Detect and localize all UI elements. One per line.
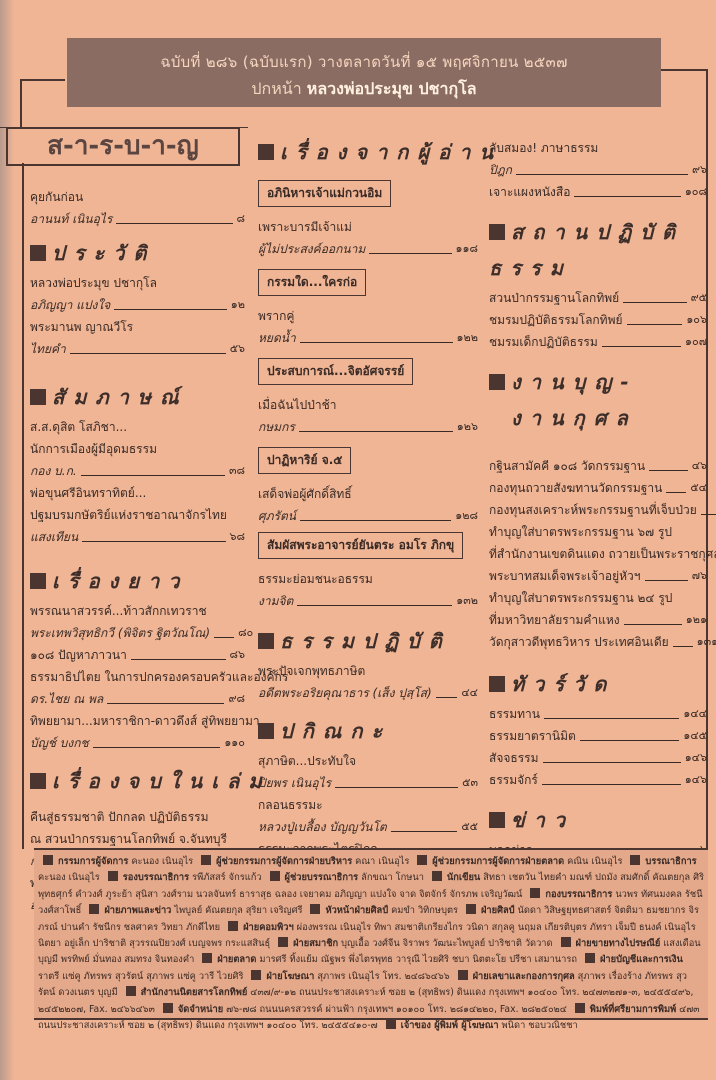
- credit-role: ฝ่ายโฆษณา: [266, 971, 314, 982]
- entry-title: นักการเมืองผู้มีอุดมธรรม: [30, 439, 245, 459]
- page-number: ๑๒๑: [686, 610, 707, 630]
- credit-role: พิมพ์ที่ศรียามการพิมพ์: [590, 1004, 676, 1015]
- issue-header-band: ฉบับที่ ๒๘๖ (ฉบับแรก) วางตลาดวันที่ ๑๕ พ…: [67, 38, 661, 107]
- entry-title: ๑๐๘ ปัญหาภาวนา: [30, 645, 127, 665]
- toc-entry[interactable]: ธรรมจักร์๑๔๖: [489, 770, 707, 790]
- toc-entry[interactable]: ไทยคำ๕๖: [30, 339, 245, 359]
- toc-entry[interactable]: ธรรมยาตรานิมิต๑๔๕: [489, 726, 707, 746]
- leader-line: [666, 492, 686, 493]
- contents-column-2: เรื่องจากผู้อ่าน อภินิหารเจ้าแม่กวนอิม เ…: [258, 136, 478, 927]
- square-bullet-icon: [228, 921, 238, 931]
- entry-title: เสด็จพ่อผู้ศักดิ์สิทธิ์: [258, 484, 478, 504]
- square-bullet-icon: [489, 812, 505, 828]
- credit-names: ราตรี แซ่คู ภัทรพร สุวรัตน์ สุภาพร แซ่คู…: [38, 971, 246, 982]
- entry-author: ผู้ไม่ประสงค์ออกนาม: [258, 239, 365, 259]
- leader-line: [81, 475, 225, 476]
- entry-title: ทำบุญใส่บาตรพระกรรมฐาน ๖๗ รูป: [489, 522, 707, 542]
- entry-author: อานนท์ เนินอุไร: [30, 209, 112, 229]
- entry-title: พรากคู่: [258, 306, 478, 326]
- credit-names: มารศรี ทิ้งแย้ม ณัฐพร พึ่งไตรพุทธ วารุณี…: [256, 954, 580, 965]
- square-bullet-icon: [530, 888, 540, 898]
- credit-role: ฝ่ายสมาชิก: [293, 938, 338, 949]
- toc-entry[interactable]: ๑๐๘ ปัญหาภาวนา๘๖: [30, 645, 245, 665]
- leader-line: [516, 174, 688, 175]
- frame-line: [22, 163, 24, 849]
- toc-entry[interactable]: กฐินสามัคคี ๑๐๘ วัดกรรมฐาน๔๖: [489, 456, 707, 476]
- leader-line: [627, 324, 683, 325]
- square-bullet-icon: [258, 144, 274, 160]
- entry-title: พระปัจเจกพุทธภาษิต: [258, 661, 478, 681]
- credit-role: ฝ่ายภาพและข่าว: [104, 905, 171, 916]
- subsection-box: อภินิหารเจ้าแม่กวนอิม: [258, 180, 391, 207]
- credit-role: ผู้ช่วยกรรมการผู้จัดการฝ่ายบริหาร: [216, 856, 352, 867]
- entry-title: ชมรมปฏิบัติธรรมโลกทิพย์: [489, 310, 623, 330]
- leader-line: [93, 747, 221, 748]
- credit-entry: กรรมการผู้จัดการ คะนอง เนินอุไร: [38, 856, 196, 867]
- square-bullet-icon: [630, 855, 640, 865]
- page-number: ๔๔: [461, 683, 478, 703]
- entry-author: ไทยคำ: [30, 339, 66, 359]
- entry-author: กอง บ.ก.: [30, 461, 77, 481]
- toc-entry[interactable]: กอง บ.ก.๓๘: [30, 461, 245, 481]
- section-heading-merit: งานบุญ-: [489, 366, 707, 398]
- toc-entry[interactable]: หยดน้ำ๑๒๒: [258, 328, 478, 348]
- entry-author: ศุภรัตน์: [258, 506, 296, 526]
- credit-role: ฝ่ายศิลป์: [481, 905, 515, 916]
- leader-line: [391, 831, 458, 832]
- square-bullet-icon: [417, 855, 427, 865]
- square-bullet-icon: [30, 573, 46, 589]
- credit-entry: ผู้ช่วยกรรมการผู้จัดการฝ่ายตลาด คณิน เนิ…: [412, 856, 625, 867]
- credit-names: บุญเอื้อ วงศ์จีน จิราพร วัฒนะไพบูลย์ ปาร…: [338, 938, 555, 949]
- contents-title: ส-า-ร-บ-า-ญ: [6, 127, 240, 166]
- page-number: ๕๖: [230, 339, 245, 359]
- leader-line: [335, 787, 458, 788]
- credit-names: รพีภัสสร์ จักรแก้ว: [189, 872, 264, 883]
- section-heading-misc: ปกิณกะ: [258, 715, 478, 747]
- leader-line: [624, 624, 682, 625]
- entry-title: ชมรมเด็กปฏิบัติธรรม: [489, 332, 598, 352]
- page-number: ๑๐๖: [686, 310, 707, 330]
- square-bullet-icon: [561, 937, 571, 947]
- toc-entry[interactable]: กองทุนถวายสังฆทานวัดกรรมฐาน๕๔: [489, 478, 707, 498]
- cover-line: ปกหน้า หลวงพ่อประมุข ปชากุโล: [67, 77, 661, 102]
- entry-title: วัดกุสาวดีพุทธวิหาร ประเทศอินเดีย: [489, 632, 669, 652]
- page-number: ๕๓: [462, 773, 478, 793]
- entry-title: ส.ส.ดุสิต โสภิชา...: [30, 417, 245, 437]
- entry-title: ที่มหาวิทยาลัยรามคำแหง: [489, 610, 620, 630]
- credit-names: คะนอง เนินอุไร: [128, 856, 196, 867]
- leader-line: [673, 646, 693, 647]
- entry-author: ดร.ไชย ณ พล: [30, 689, 103, 709]
- toc-entry[interactable]: ผู้ไม่ประสงค์ออกนาม๑๑๘: [258, 239, 478, 259]
- entry-title: กฐินสามัคคี ๑๐๘ วัดกรรมฐาน: [489, 456, 645, 476]
- leader-line: [297, 605, 452, 606]
- square-bullet-icon: [466, 904, 476, 914]
- toc-entry[interactable]: กษมกร๑๒๖: [258, 417, 478, 437]
- entry-title: เพราะบารมีเจ้าแม่: [258, 217, 478, 237]
- section-heading-practice: ธรรมปฏิบัติ: [258, 625, 478, 657]
- entry-title: เมื่อฉันไปป่าช้า: [258, 395, 478, 415]
- leader-line: [82, 541, 225, 542]
- toc-entry[interactable]: สวนป่ากรรมฐานโลกทิพย์๙๕: [489, 288, 707, 308]
- section-heading-merit-cont: งานกุศล: [489, 402, 707, 434]
- entry-author: งามจิต: [258, 591, 293, 611]
- entry-author: หลวงปู่เบลื้อง บัญญวันโต: [258, 817, 387, 837]
- page-number: ๘๖: [230, 645, 245, 665]
- square-bullet-icon: [108, 871, 118, 881]
- square-bullet-icon: [202, 953, 212, 963]
- cover-name: หลวงพ่อประมุข ปชากุโล: [307, 79, 477, 98]
- entry-title: คืนสู่ธรรมชาติ ปักกลด ปฏิบัติธรรม: [30, 807, 245, 827]
- subsection-box: ปาฏิหาริย์ จ.๕: [258, 447, 351, 474]
- entry-title: ธรรมจักร์: [489, 770, 538, 790]
- credit-names: สุภาพร เนินอุไร โทร. ๒๔๘๖๔๖๖: [314, 971, 452, 982]
- entry-author: กษมกร: [258, 417, 295, 437]
- credit-role: ฝ่ายคอมพิวฯ: [243, 922, 294, 933]
- toc-entry[interactable]: ที่มหาวิทยาลัยรามคำแหง๑๒๑: [489, 610, 707, 630]
- square-bullet-icon: [575, 1003, 585, 1013]
- credit-entry: จัดจำหน่าย ๗๖-๗๘ ถนนนครสวรรค์ ผ่านฟ้า กร…: [158, 1004, 570, 1015]
- entry-title: ธรรมาธิปไตย ในการปกครองครอบครัวและองค์กร: [30, 667, 245, 687]
- toc-entry[interactable]: บัญช์ บงกช๑๑๐: [30, 733, 245, 753]
- entry-title: กองทุนสงเคราะห์พระกรรมฐานที่เจ็บป่วย: [489, 500, 697, 520]
- leader-line: [214, 637, 234, 638]
- credit-entry: ผู้ช่วยบรรณาธิการ ลักขณา โกษนา: [265, 872, 427, 883]
- entry-author: ปิฎก: [489, 160, 512, 180]
- credit-names: คณา เนินอุไร: [352, 856, 412, 867]
- toc-entry[interactable]: ดร.ไชย ณ พล๙๘: [30, 689, 245, 709]
- section-heading-practice-places-cont: ธรรม: [489, 252, 707, 284]
- toc-entry[interactable]: อภิญญา แปงใจ๑๒: [30, 295, 245, 315]
- credit-entry: รองบรรณาธิการ รพีภัสสร์ จักรแก้ว: [103, 872, 265, 883]
- credit-entry: ผู้ช่วยกรรมการผู้จัดการฝ่ายบริหาร คณา เน…: [196, 856, 412, 867]
- subsection-box: ประสบการณ์...จิตอัศจรรย์: [258, 358, 413, 385]
- toc-entry[interactable]: ชมรมเด็กปฏิบัติธรรม๑๐๗: [489, 332, 707, 352]
- square-bullet-icon: [258, 723, 274, 739]
- leader-line: [574, 196, 680, 197]
- square-bullet-icon: [458, 970, 468, 980]
- credit-role: สำนักงานนิตยสารโลกทิพย์: [141, 987, 248, 998]
- square-bullet-icon: [585, 953, 595, 963]
- page-number: ๑๓๒: [456, 591, 478, 611]
- toc-entry[interactable]: หลวงปู่เบลื้อง บัญญวันโต๕๕: [258, 817, 478, 837]
- leader-line: [542, 784, 681, 785]
- toc-entry[interactable]: ธรรมทาน๑๔๔: [489, 704, 707, 724]
- entry-title: สัจจธรรม: [489, 748, 539, 768]
- page-number: ๖๘: [230, 527, 245, 547]
- section-heading-interview: สัมภาษณ์: [30, 381, 245, 413]
- square-bullet-icon: [489, 224, 505, 240]
- section-heading-practice-places: สถานปฏิบัติ: [489, 216, 707, 248]
- entry-author: อภิญญา แปงใจ: [30, 295, 110, 315]
- entry-title: สวนป่ากรรมฐานโลกทิพย์: [489, 288, 619, 308]
- leader-line: [544, 718, 679, 719]
- entry-title: หลวงพ่อประมุข ปชากุโล: [30, 273, 245, 293]
- subsection-box: สัมผัสพระอาจารย์ยันตระ อมโร ภิกขุ: [258, 532, 463, 559]
- entry-title: ปฐมบรมกษัตริย์แห่งราชอาณาจักรไทย: [30, 505, 245, 525]
- entry-title: พ่อขุนศรีอินทราทิตย์...: [30, 483, 245, 503]
- toc-entry[interactable]: วัดกุสาวดีพุทธวิหาร ประเทศอินเดีย๑๓๑: [489, 632, 707, 652]
- page-number: ๕๕: [461, 817, 478, 837]
- credit-role: ฝ่ายขายทางไปรษณีย์: [576, 938, 661, 949]
- page-number: ๑๑๐: [224, 733, 245, 753]
- credit-names: ๗๖-๗๘ ถนนนครสวรรค์ ผ่านฟ้า กรุงเทพฯ ๑๐๑๐…: [223, 1004, 570, 1015]
- entry-title: ทำบุญใส่บาตรพระกรรมฐาน ๒๔ รูป: [489, 588, 707, 608]
- square-bullet-icon: [30, 773, 46, 789]
- credit-role: ฝ่ายเลขาและกองการกุศล: [473, 971, 575, 982]
- toc-entry[interactable]: ปิยพร เนินอุไร๕๓: [258, 773, 478, 793]
- page-number: ๘๐: [238, 623, 253, 643]
- page-number: ๓๘: [229, 461, 245, 481]
- contents-column-3: ลับสมอง! ภาษาธรรม ปิฎก๙๖ เจาะแผงหนังสือ๑…: [489, 136, 707, 932]
- square-bullet-icon: [258, 633, 274, 649]
- entry-author: บัญช์ บงกช: [30, 733, 89, 753]
- section-heading-readers: เรื่องจากผู้อ่าน: [258, 136, 478, 168]
- credit-entry: เจ้าของ ผู้พิมพ์ ผู้โฆษณา พนิดา ชอบวณิชช…: [381, 1020, 578, 1031]
- page-number: ๑๒: [231, 295, 245, 315]
- leader-line: [369, 253, 451, 254]
- page-number: ๑๓๑: [697, 632, 716, 652]
- entry-title: ธรรมทาน: [489, 704, 540, 724]
- square-bullet-icon: [30, 245, 46, 261]
- square-bullet-icon: [251, 970, 261, 980]
- leader-line: [70, 353, 226, 354]
- page-number: ๙๖: [692, 160, 707, 180]
- leader-line: [543, 762, 681, 763]
- entry-author: พระเทพวิสุทธิกวี (พิจิตร ฐิตวัณโณ): [30, 623, 210, 643]
- credit-role: ฝ่ายตลาด: [217, 954, 256, 965]
- page-number: ๙๕: [691, 288, 707, 308]
- entry-title: กลอนธรรมะ: [258, 795, 478, 815]
- entry-title: พระบาทสมเด็จพระเจ้าอยู่หัวฯ: [489, 566, 641, 586]
- toc-entry[interactable]: สัจจธรรม๑๔๖: [489, 748, 707, 768]
- square-bullet-icon: [30, 389, 46, 405]
- page-number: ๑๔๖: [685, 748, 707, 768]
- page-number: ๑๒๒: [457, 328, 478, 348]
- credit-role: ฝ่ายบัญชีและการเงิน: [600, 954, 683, 965]
- credit-names: ไพบูลย์ คัณตยกุล สุริยา เจริญศรี: [171, 905, 305, 916]
- toc-entry[interactable]: แสงเทียน๖๘: [30, 527, 245, 547]
- credit-entry: ฝ่ายสมาชิก บุญเอื้อ วงศ์จีน จิราพร วัฒนะ…: [273, 938, 555, 949]
- entry-title: ณ สวนป่ากรรมฐานโลกทิพย์ จ.จันทบุรี: [30, 829, 245, 849]
- entry-title: สุภาษิต...ประทับใจ: [258, 751, 478, 771]
- square-bullet-icon: [270, 871, 280, 881]
- square-bullet-icon: [310, 904, 320, 914]
- toc-entry[interactable]: ปิฎก๙๖: [489, 160, 707, 180]
- square-bullet-icon: [489, 676, 505, 692]
- square-bullet-icon: [43, 855, 53, 865]
- square-bullet-icon: [386, 1019, 396, 1029]
- page-number: ๕๔: [690, 478, 707, 498]
- credit-names: คะนอง เนินอุไร: [38, 872, 103, 883]
- page-number: ๑๔๖: [685, 770, 707, 790]
- toc-entry[interactable]: เจาะแผงหนังสือ๑๐๘: [489, 182, 707, 202]
- toc-entry[interactable]: งามจิต๑๓๒: [258, 591, 478, 611]
- credit-role: ผู้ช่วยกรรมการผู้จัดการฝ่ายตลาด: [432, 856, 564, 867]
- entry-title: กองทุนถวายสังฆทานวัดกรรมฐาน: [489, 478, 662, 498]
- entry-author: ปิยพร เนินอุไร: [258, 773, 331, 793]
- credit-names: ลักขณา โกษนา: [358, 872, 427, 883]
- credit-names: พนิดา ชอบวณิชชา: [499, 1020, 578, 1031]
- leader-line: [436, 697, 458, 698]
- issue-line: ฉบับที่ ๒๘๖ (ฉบับแรก) วางตลาดวันที่ ๑๕ พ…: [67, 50, 661, 74]
- section-heading-long-stories: เรื่องยาว: [30, 565, 245, 597]
- leader-line: [649, 470, 688, 471]
- frame-line: [20, 79, 65, 81]
- credit-role: กรรมการผู้จัดการ: [58, 856, 128, 867]
- staff-credits: กรรมการผู้จัดการ คะนอง เนินอุไร ผู้ช่วยก…: [34, 848, 708, 1020]
- credit-role: กองบรรณาธิการ: [545, 889, 612, 900]
- credit-entry: หัวหน้าฝ่ายศิลป์ คมขำ วิทิกษบุตร: [305, 905, 461, 916]
- entry-author: แสงเทียน: [30, 527, 78, 547]
- entry-title: ธรรมะย่อมชนะอธรรม: [258, 569, 478, 589]
- section-heading-biography: ประวัติ: [30, 237, 245, 269]
- leader-line: [300, 342, 453, 343]
- entry-author: หยดน้ำ: [258, 328, 296, 348]
- subsection-box: กรรมใด...ใครก่อ: [258, 269, 366, 296]
- leader-line: [107, 703, 224, 704]
- entry-title: พระมานพ ญาณวีโร: [30, 317, 245, 337]
- credit-role: หัวหน้าฝ่ายศิลป์: [325, 905, 388, 916]
- credit-names: คณิน เนินอุไร: [564, 856, 625, 867]
- entry-title: ทิพยยามา...มหาราชิกา-ดาวดึงส์ สู่ทิพยยาม…: [30, 711, 245, 731]
- credit-role: นักเขียน: [447, 872, 480, 883]
- square-bullet-icon: [89, 904, 99, 914]
- credit-names: คมขำ วิทิกษบุตร: [388, 905, 461, 916]
- entry-title: คุยกันก่อน: [30, 187, 245, 207]
- frame-line: [661, 69, 707, 71]
- page-number: ๑๑๘: [456, 239, 478, 259]
- page-number: ๑๐๘: [685, 182, 707, 202]
- section-heading-complete-stories: เรื่องจบในเล่ม: [30, 765, 245, 797]
- toc-entry[interactable]: อดีตพระอริยคุณาธาร (เส็ง ปุสฺโส)๔๔: [258, 683, 478, 703]
- credit-role: ผู้ช่วยบรรณาธิการ: [285, 872, 359, 883]
- leader-line: [114, 309, 227, 310]
- leader-line: [701, 514, 716, 515]
- leader-line: [645, 580, 688, 581]
- page-number: ๑๔๔: [683, 704, 707, 724]
- toc-entry[interactable]: ศุภรัตน์๑๒๘: [258, 506, 478, 526]
- leader-line: [300, 520, 451, 521]
- credit-entry: ฝ่ายโฆษณา สุภาพร เนินอุไร โทร. ๒๔๘๖๔๖๖: [246, 971, 452, 982]
- page-number: ๙๘: [228, 689, 245, 709]
- entry-title: พรรณนาสวรรค์...ท้าวสักกเทวราช: [30, 601, 245, 621]
- page-number: ๔๖: [692, 456, 707, 476]
- credit-role: รองบรรณาธิการ: [123, 872, 189, 883]
- entry-title: ที่สำนักงานเขตดินแดง ถวายเป็นพระราชกุศลแ…: [489, 544, 707, 564]
- entry-title: เจาะแผงหนังสือ: [489, 182, 570, 202]
- section-heading-news: ข่าว: [489, 804, 707, 836]
- leader-line: [116, 223, 232, 224]
- leader-line: [623, 302, 686, 303]
- toc-entry[interactable]: กองทุนสงเคราะห์พระกรรมฐานที่เจ็บป่วย๖๖: [489, 500, 707, 520]
- square-bullet-icon: [163, 1003, 173, 1013]
- toc-entry[interactable]: อานนท์ เนินอุไร๘: [30, 209, 245, 229]
- cover-prefix: ปกหน้า: [251, 79, 301, 98]
- toc-entry[interactable]: พระเทพวิสุทธิกวี (พิจิตร ฐิตวัณโณ)๘๐: [30, 623, 245, 643]
- credit-role: จัดจำหน่าย: [178, 1004, 223, 1015]
- page-number: ๑๒๘: [455, 506, 478, 526]
- toc-entry[interactable]: ชมรมปฏิบัติธรรมโลกทิพย์๑๐๖: [489, 310, 707, 330]
- frame-line: [20, 79, 22, 129]
- entry-title: ลับสมอง! ภาษาธรรม: [489, 138, 707, 158]
- credit-entry: ฝ่ายตลาด มารศรี ทิ้งแย้ม ณัฐพร พึ่งไตรพุ…: [197, 954, 580, 965]
- square-bullet-icon: [278, 937, 288, 947]
- credit-entry: ฝ่ายภาพและข่าว ไพบูลย์ คัณตยกุล สุริยา เ…: [84, 905, 305, 916]
- page-number: ๑๔๕: [683, 726, 707, 746]
- square-bullet-icon: [126, 986, 136, 996]
- entry-title: ธรรมยาตรานิมิต: [489, 726, 576, 746]
- credit-role: เจ้าของ ผู้พิมพ์ ผู้โฆษณา: [401, 1020, 499, 1031]
- square-bullet-icon: [489, 374, 505, 390]
- leader-line: [299, 431, 453, 432]
- section-heading-temple-tour: ทัวร์วัด: [489, 668, 707, 700]
- contents-column-1: คุยกันก่อน อานนท์ เนินอุไร๘ ประวัติ หลวง…: [30, 185, 245, 917]
- square-bullet-icon: [432, 871, 442, 881]
- square-bullet-icon: [201, 855, 211, 865]
- leader-line: [131, 659, 226, 660]
- toc-entry[interactable]: พระบาทสมเด็จพระเจ้าอยู่หัวฯ๗๖: [489, 566, 707, 586]
- page-number: ๑๐๗: [685, 332, 707, 352]
- leader-line: [580, 740, 680, 741]
- leader-line: [602, 346, 681, 347]
- page-number: ๘: [237, 209, 246, 229]
- credit-role: บรรณาธิการ: [645, 856, 696, 867]
- entry-author: อดีตพระอริยคุณาธาร (เส็ง ปุสฺโส): [258, 683, 432, 703]
- page-number: ๗๖: [692, 566, 707, 586]
- page-number: ๑๒๖: [457, 417, 478, 437]
